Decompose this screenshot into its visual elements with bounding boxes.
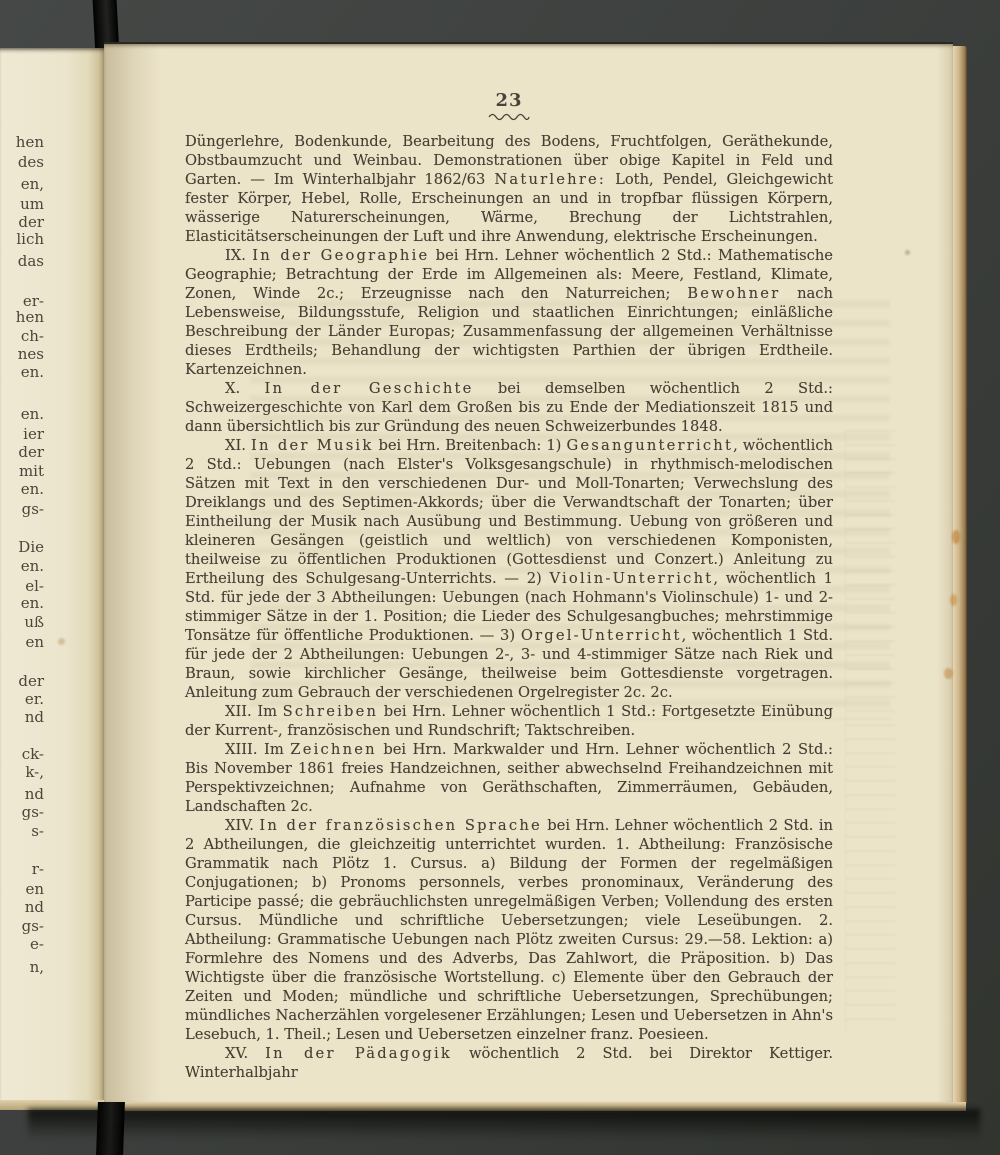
paragraph: Düngerlehre, Bodenkunde, Bearbeitung des… <box>185 132 833 246</box>
text-fragment: er- <box>0 293 44 309</box>
text-fragment: en <box>0 881 44 897</box>
section-heading-text: Orgel-Unterricht <box>521 627 682 644</box>
foxing-spot <box>952 530 960 544</box>
text-fragment: um <box>0 196 44 212</box>
text-fragment: en. <box>0 481 44 497</box>
text-fragment: der <box>0 214 44 230</box>
section-heading-text: In der Geschichte <box>264 380 473 397</box>
text-fragment: en. <box>0 558 44 574</box>
paragraph: XIV. In der französischen Sprache bei Hr… <box>185 816 833 1044</box>
wavy-underline-ornament <box>488 112 530 121</box>
text-fragment: mit <box>0 463 44 479</box>
paragraph: XII. Im Schreiben bei Hrn. Lehner wöchen… <box>185 702 833 740</box>
section-heading-text: Gesangunterricht <box>566 437 733 454</box>
text-fragment: k-, <box>0 764 44 780</box>
paragraph-text: bei Hrn. Breitenbach: 1) <box>373 437 566 454</box>
paragraph-text: XIII. Im <box>225 741 290 758</box>
text-fragment: en. <box>0 406 44 422</box>
text-fragment: gs- <box>0 918 44 934</box>
book-shadow <box>28 1109 980 1145</box>
text-fragment: s- <box>0 823 44 839</box>
text-fragment: e- <box>0 936 44 952</box>
text-fragment: n, <box>0 959 44 975</box>
section-heading-text: In der Musik <box>251 437 373 454</box>
text-fragment: en. <box>0 595 44 611</box>
text-fragment: der <box>0 673 44 689</box>
section-heading-text: In der Pädagogik <box>265 1045 452 1062</box>
text-fragment: nd <box>0 786 44 802</box>
bookmark-ribbon-bottom <box>96 1102 125 1155</box>
text-fragment: el- <box>0 578 44 594</box>
page-edge-stack <box>953 46 967 1105</box>
foxing-spot <box>944 668 953 679</box>
text-fragment: nd <box>0 899 44 915</box>
text-fragment: lich <box>0 231 44 247</box>
paragraph-text: XV. <box>225 1045 265 1062</box>
text-fragment: ck- <box>0 746 44 762</box>
text-fragment: hen <box>0 134 44 150</box>
page-header: 23 <box>185 90 833 121</box>
text-fragment: ier <box>0 426 44 442</box>
paragraph-text: XI. <box>225 437 251 454</box>
paragraph-text: IX. <box>225 247 252 264</box>
paragraph-text: X. <box>225 380 264 397</box>
text-fragment: gs- <box>0 804 44 820</box>
section-heading-text: Violin-Unterricht <box>549 570 713 587</box>
paragraph: XV. In der Pädagogik wöchentlich 2 Std. … <box>185 1044 833 1082</box>
paragraph-text: bei Hrn. Lehner wöchentlich 2 Std. in 2 … <box>185 817 833 1043</box>
text-fragment: Die <box>0 539 44 555</box>
section-heading-text: Bewohner <box>687 285 780 302</box>
foxing-spot <box>905 250 910 255</box>
paragraph-text: XIV. <box>225 817 259 834</box>
paragraph-text: XII. Im <box>225 703 283 720</box>
text-fragment: der <box>0 444 44 460</box>
text-fragment: das <box>0 253 44 269</box>
text-fragment: ch- <box>0 328 44 344</box>
paragraph: XIII. Im Zeichnen bei Hrn. Markwalder un… <box>185 740 833 816</box>
verso-showthrough-table <box>845 430 895 1030</box>
section-heading-text: In der französischen Sprache <box>259 817 542 834</box>
paragraph: X. In der Geschichte bei demselben wöche… <box>185 379 833 436</box>
section-heading-text: Zeichnen <box>290 741 377 758</box>
text-fragment: en <box>0 634 44 650</box>
text-fragment: en. <box>0 364 44 380</box>
text-fragment: en, <box>0 176 44 192</box>
book-scan: hendesen,umderlichdaser-hench-nesen.en.i… <box>0 0 1000 1155</box>
text-fragment: hen <box>0 309 44 325</box>
paragraph: IX. In der Geographie bei Hrn. Lehner wö… <box>185 246 833 379</box>
text-fragment: er. <box>0 691 44 707</box>
paragraph-text: , wöchentlich 2 Std.: Uebungen (nach Els… <box>185 437 833 587</box>
paragraph: XI. In der Musik bei Hrn. Breitenbach: 1… <box>185 436 833 702</box>
text-fragment: r- <box>0 861 44 877</box>
text-fragment: gs- <box>0 501 44 517</box>
page-body-text: Düngerlehre, Bodenkunde, Bearbeitung des… <box>185 132 833 1082</box>
text-fragment: nd <box>0 709 44 725</box>
page-number: 23 <box>495 90 522 111</box>
section-heading-text: Schreiben <box>283 703 379 720</box>
text-fragment: nes <box>0 346 44 362</box>
facing-page-text-fragments: hendesen,umderlichdaser-hench-nesen.en.i… <box>0 0 48 1155</box>
section-heading-text: Naturlehre: <box>494 171 606 188</box>
foxing-spot <box>950 594 957 606</box>
text-fragment: uß <box>0 614 44 630</box>
foxing-spot <box>58 638 65 645</box>
section-heading-text: In der Geographie <box>252 247 429 264</box>
text-fragment: des <box>0 154 44 170</box>
